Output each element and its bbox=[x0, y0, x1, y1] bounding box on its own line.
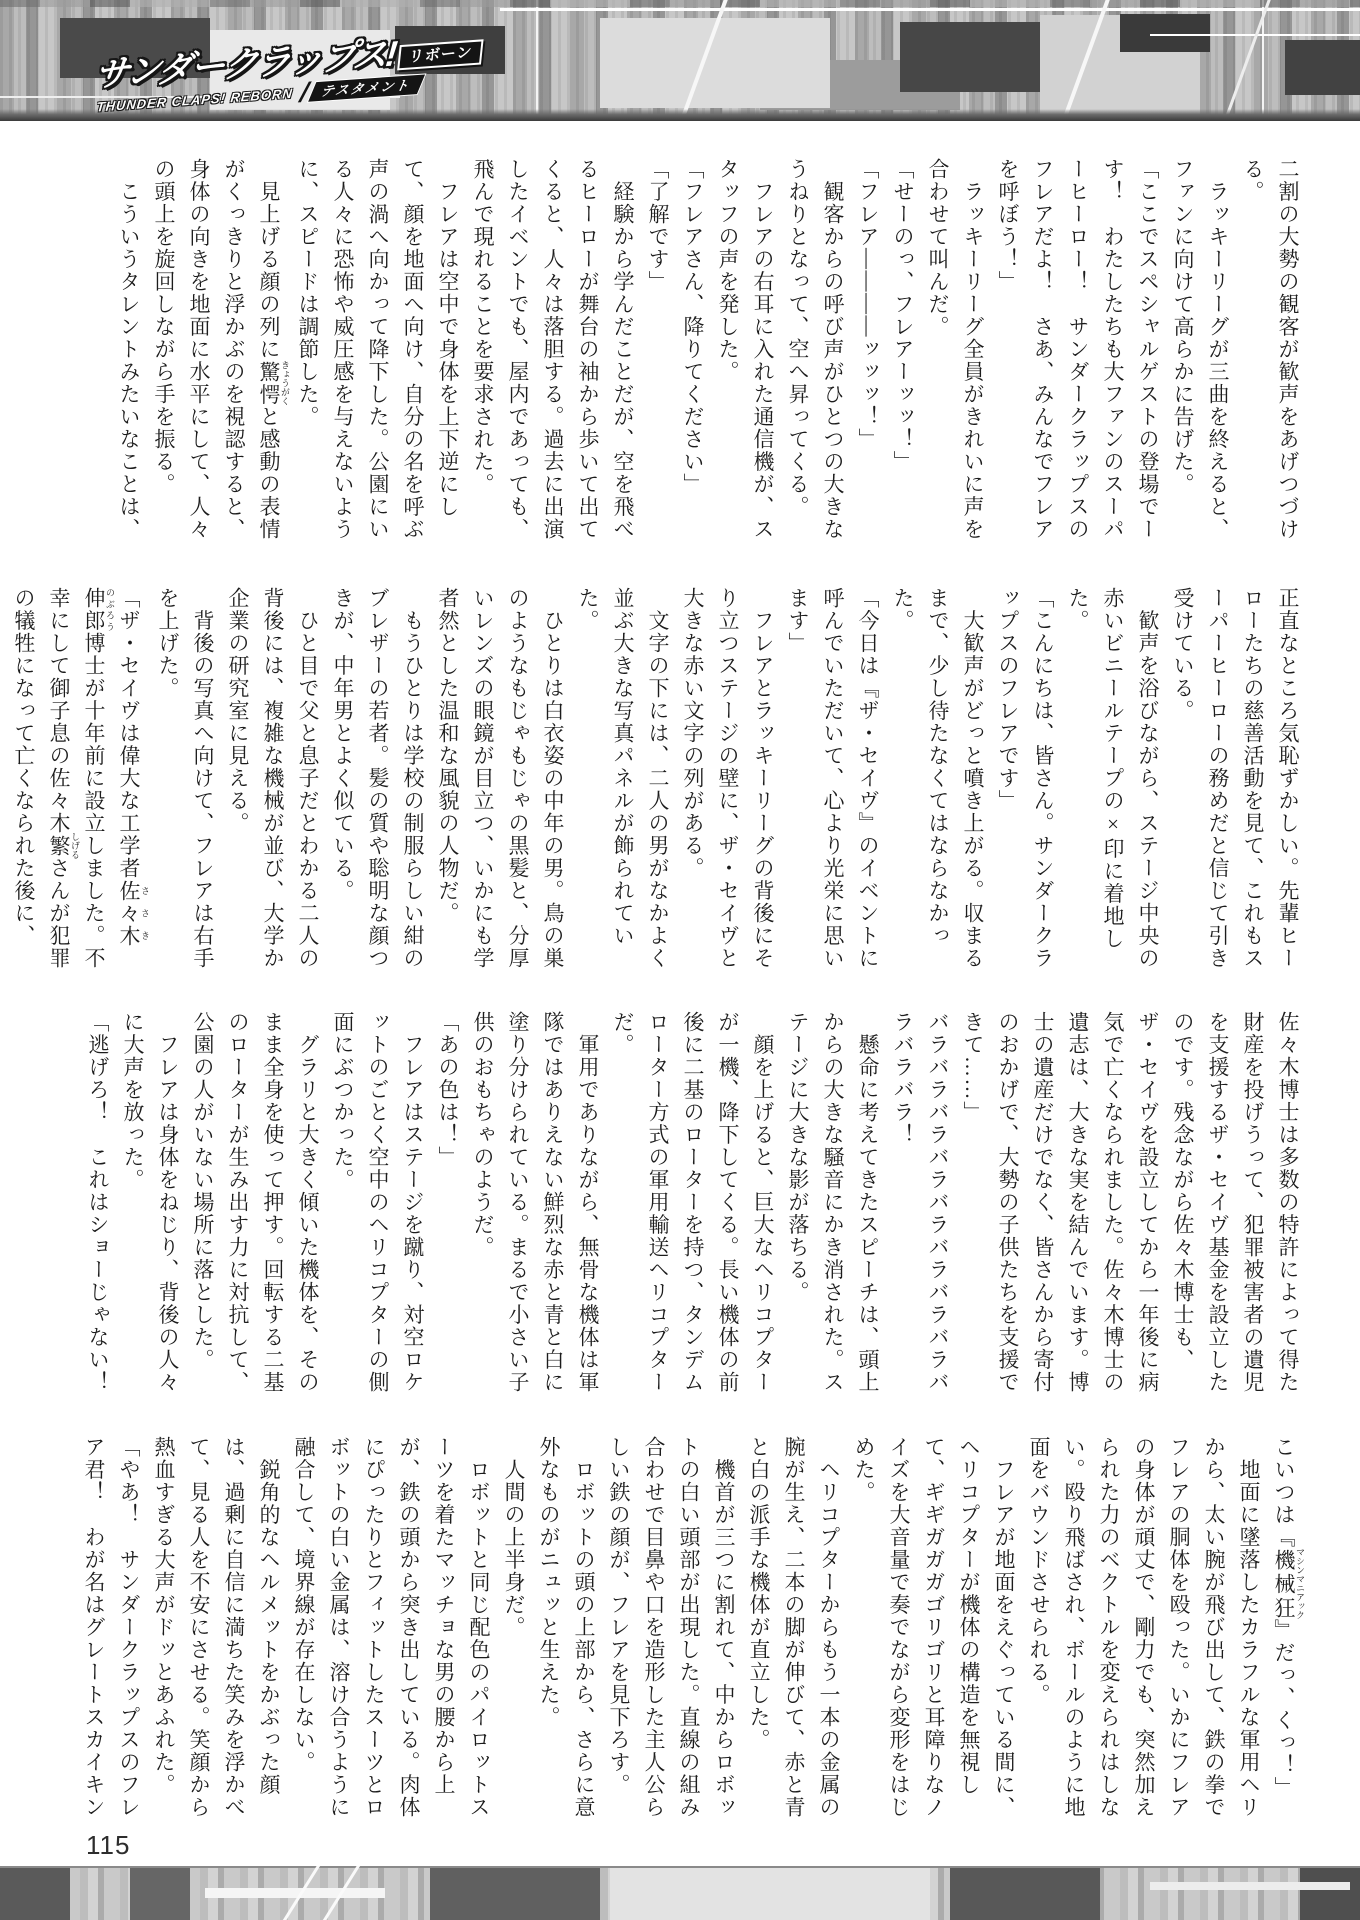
paragraph: もうひとりは学校の制服らしい紺のブレザーの若者。髪の質や聡明な顔つきが、中年男と… bbox=[325, 587, 430, 975]
paragraph: 「ここでスペシャルゲストの登場でーす！ わたしたちも大ファンのスーパーヒーロー！… bbox=[990, 158, 1165, 546]
paragraph: フレアは空中で身体を上下逆にして、顔を地面へ向け、自分の名を呼ぶ声の渦へ向かって… bbox=[290, 158, 465, 546]
paragraph: 顔を上げると、巨大なヘリコプターが一機、降下してくる。長い機体の前後に二基のロー… bbox=[605, 1011, 780, 1399]
page-number: 115 bbox=[86, 1830, 130, 1861]
paragraph: 大歓声がどっと噴き上がる。収まるまで、少し待たなくてはならなかった。 bbox=[885, 587, 990, 975]
paragraph: ラッキーリーグ全員がきれいに声を合わせて叫んだ。 bbox=[920, 158, 990, 546]
paragraph: ひと目で父と息子だとわかる二人の背後には、複雑な機械が並び、大学か企業の研究室に… bbox=[220, 587, 325, 975]
paragraph: 見上げる顔の列に驚愕きょうがくと感動の表情がくっきりと浮かぶのを視認すると、身体… bbox=[146, 158, 290, 546]
paragraph: 人間の上半身だ。 bbox=[496, 1436, 531, 1824]
paragraph: 地面に墜落したカラフルな軍用ヘリから、太い腕が飛び出して、鉄の拳でフレアの胴体を… bbox=[1021, 1436, 1266, 1824]
paragraph: こいつは『機械狂マシンマニアック』だっ、くっ！」 bbox=[1266, 1436, 1305, 1824]
paragraph: バラバラバラバラバラバラバラバラバラバラバラ！ bbox=[885, 1011, 955, 1399]
paragraph: ラッキーリーグが三曲を終えると、ファンに向けて高らかに告げた。 bbox=[1165, 158, 1235, 546]
paragraph: フレアとラッキーリーグの背後にそり立つステージの壁に、ザ・セイヴと大きな赤い文字… bbox=[675, 587, 780, 975]
paragraph: 懸命に考えてきたスピーチは、頭上からの大きな騒音にかき消された。ステージに大きな… bbox=[780, 1011, 885, 1399]
bottom-banner-glitch-art bbox=[0, 1866, 1360, 1920]
paragraph: 二割の大勢の観客が歓声をあげつづける。 bbox=[1235, 158, 1305, 546]
paragraph: ヘリコプターからもう一本の金属の腕が生え、二本の脚が伸びて、赤と青と白の派手な機… bbox=[741, 1436, 846, 1824]
paragraph: 「あの色は！」 bbox=[430, 1011, 465, 1399]
paragraph: こういうタレントみたいなことは、 bbox=[111, 158, 146, 546]
paragraph: グラリと大きく傾いた機体を、そのまま全身を使って押す。回転する二基のローターが生… bbox=[185, 1011, 325, 1399]
paragraph: 文字の下には、二人の男がなかよく並ぶ大きな写真パネルが飾られていた。 bbox=[570, 587, 675, 975]
paragraph: 観客からの呼び声がひとつの大きなうねりとなって、空へ昇ってくる。 bbox=[780, 158, 850, 546]
text-band-1: 二割の大勢の観客が歓声をあげつづける。 ラッキーリーグが三曲を終えると、ファンに… bbox=[69, 158, 1305, 546]
paragraph: 「フレアさん、降りてください」 bbox=[675, 158, 710, 546]
paragraph: フレアが地面をえぐっている間に、ヘリコプターが機体の構造を無視して、ギギガガガゴ… bbox=[846, 1436, 1021, 1824]
paragraph: 「了解です」 bbox=[640, 158, 675, 546]
paragraph: 鋭角的なヘルメットをかぶった顔は、過剰に自信に満ちた笑みを浮かべて、見る人を不安… bbox=[146, 1436, 286, 1824]
banner-diagonal-line bbox=[282, 1866, 322, 1920]
paragraph: ロボットの頭の上部から、さらに意外なものがニュッと生えた。 bbox=[531, 1436, 601, 1824]
paragraph: 「こんにちは、皆さん。サンダークラップスのフレアです」 bbox=[990, 587, 1060, 975]
paragraph: 「せーのっ、フレアーッッ！」 bbox=[885, 158, 920, 546]
paragraph: 正直なところ気恥ずかしい。先輩ヒーローたちの慈善活動を見て、これもスーパーヒーロ… bbox=[1165, 587, 1305, 975]
paragraph: 経験から学んだことだが、空を飛べるヒーローが舞台の袖から歩いて出てくると、人々は… bbox=[465, 158, 640, 546]
paragraph: 「ザ・セイヴは偉大な工学者佐々木ささき伸郎のぶろう博士が十年前に設立しました。不… bbox=[6, 587, 150, 975]
text-band-4: こいつは『機械狂マシンマニアック』だっ、くっ！」 地面に墜落したカラフルな軍用ヘ… bbox=[69, 1436, 1305, 1824]
paragraph: フレアはステージを蹴り、対空ロケットのごとく空中のヘリコプターの側面にぶつかった… bbox=[325, 1011, 430, 1399]
banner-diagonal-line bbox=[322, 1866, 362, 1920]
paragraph: ロボットと同じ配色のパイロットスーツを着たマッチョな男の腰から上が、鉄の頭から突… bbox=[286, 1436, 496, 1824]
paragraph: 「今日は『ザ・セイヴ』のイベントに呼んでいただいて、心より光栄に思います」 bbox=[780, 587, 885, 975]
paragraph: 背後の写真へ向けて、フレアは右手を上げた。 bbox=[150, 587, 220, 975]
banner-diagonal-line bbox=[1217, 0, 1275, 121]
logo-reborn-badge: リボーン bbox=[400, 41, 482, 68]
banner-diagonal-line bbox=[1055, 0, 1113, 121]
paragraph: 「やあ！ サンダークラップスのフレア君！ わが名はグレートスカイキン bbox=[76, 1436, 146, 1824]
paragraph: フレアの右耳に入れた通信機が、スタッフの声を発した。 bbox=[710, 158, 780, 546]
paragraph: 軍用でありながら、無骨な機体は軍隊ではありえない鮮烈な赤と青と白に塗り分けられて… bbox=[465, 1011, 605, 1399]
paragraph: 「フレア――――ッッッ！」 bbox=[850, 158, 885, 546]
paragraph: 歓声を浴びながら、ステージ中央の赤いビニールテープの×印に着地した。 bbox=[1060, 587, 1165, 975]
paragraph: 佐々木博士は多数の特許によって得た財産を投げうって、犯罪被害者の遺児を支援するザ… bbox=[955, 1011, 1305, 1399]
paragraph: フレアは身体をねじり、背後の人々に大声を放った。 bbox=[115, 1011, 185, 1399]
text-band-2: 正直なところ気恥ずかしい。先輩ヒーローたちの慈善活動を見て、これもスーパーヒーロ… bbox=[69, 587, 1305, 975]
text-band-3: 佐々木博士は多数の特許によって得た財産を投げうって、犯罪被害者の遺児を支援するザ… bbox=[69, 1011, 1305, 1399]
paragraph: ひとりは白衣姿の中年の男。鳥の巣のようなもじゃもじゃの黒髪と、分厚いレンズの眼鏡… bbox=[430, 587, 570, 975]
paragraph: 機首が三つに割れて、中からロボットの白い頭部が出現した。直線の組み合わせで目鼻や… bbox=[601, 1436, 741, 1824]
banner-diagonal-line bbox=[673, 0, 731, 121]
paragraph: 「逃げろ！ これはショーじゃない！ bbox=[80, 1011, 115, 1399]
